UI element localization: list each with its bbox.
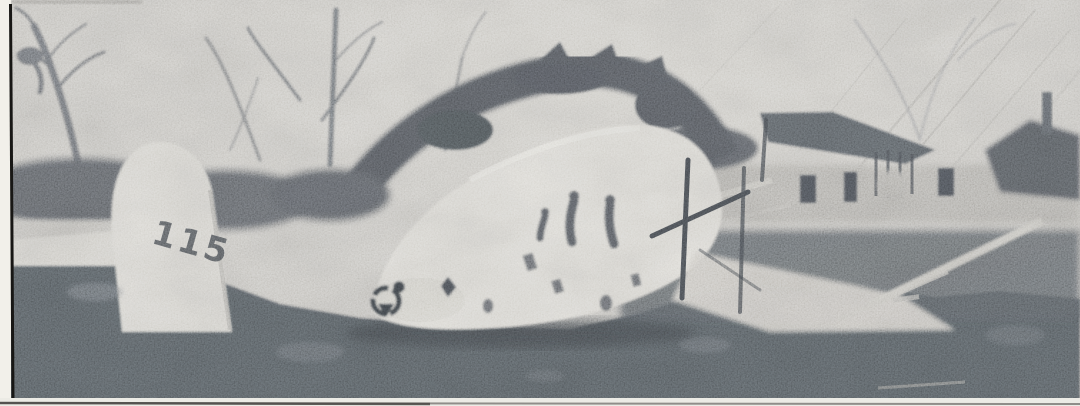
print-mottle: [0, 0, 1080, 406]
newspaper-photo-scan: 115: [0, 0, 1080, 406]
fold-line-dark: [0, 403, 430, 404]
crashed-aircraft-photo: 115: [0, 0, 1080, 406]
